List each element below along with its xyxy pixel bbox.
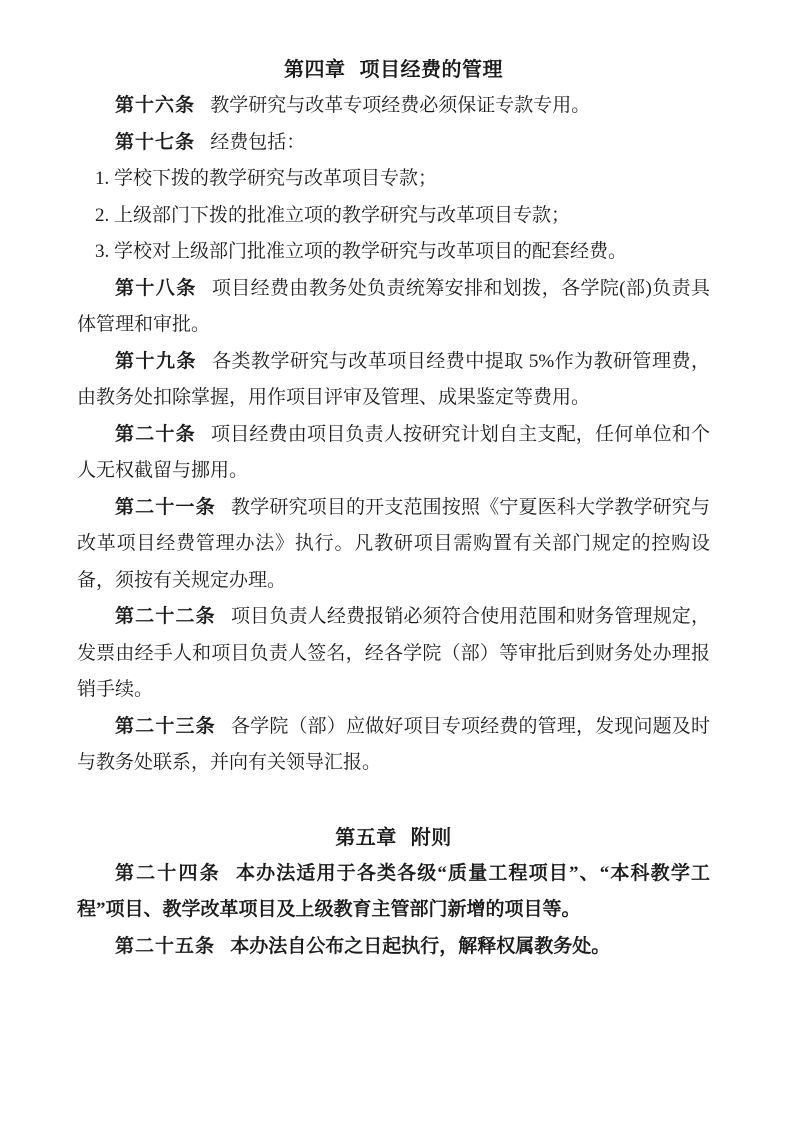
article-23-label: 第二十三条 (115, 716, 216, 737)
chapter-4-heading: 第四章项目经费的管理 (77, 52, 710, 88)
article-21-label: 第二十一条 (115, 497, 216, 518)
chapter-5-heading: 第五章附则 (77, 820, 710, 856)
article-23-paragraph: 第二十三条各学院（部）应做好项目专项经费的管理，发现问题及时与教务处联系，并向有… (77, 709, 710, 782)
article-24-label: 第二十四条 (115, 863, 221, 884)
article-25-label: 第二十五条 (115, 936, 215, 957)
article-16-label: 第十六条 (115, 95, 195, 116)
article-25-paragraph: 第二十五条本办法自公布之日起执行，解释权属教务处。 (77, 929, 710, 966)
article-16-paragraph: 第十六条教学研究与改革专项经费必须保证专款专用。 (77, 88, 710, 125)
article-18-paragraph: 第十八条项目经费由教务处负责统筹安排和划拨，各学院(部)负责具体管理和审批。 (77, 271, 710, 344)
article-22-label: 第二十二条 (115, 606, 216, 627)
chapter-5-title: 附则 (411, 827, 452, 849)
funding-list-item-2: 2. 上级部门下拨的批准立项的教学研究与改革项目专款； (77, 198, 710, 235)
article-19-label: 第十九条 (115, 351, 197, 372)
article-17-text: 经费包括： (210, 132, 305, 153)
article-24-paragraph: 第二十四条本办法适用于各类各级“质量工程项目”、“本科教学工程”项目、教学改革项… (77, 856, 710, 929)
article-17-paragraph: 第十七条经费包括： (77, 125, 710, 162)
article-17-label: 第十七条 (115, 132, 195, 153)
chapter-5-number: 第五章 (335, 827, 397, 849)
chapter-4-title: 项目经费的管理 (360, 59, 504, 81)
funding-list-item-3: 3. 学校对上级部门批准立项的教学研究与改革项目的配套经费。 (77, 234, 710, 271)
article-25-text: 本办法自公布之日起执行，解释权属教务处。 (230, 936, 610, 957)
article-19-paragraph: 第十九条各类教学研究与改革项目经费中提取 5%作为教研管理费，由教务处扣除掌握，… (77, 344, 710, 417)
article-22-paragraph: 第二十二条项目负责人经费报销必须符合使用范围和财务管理规定，发票由经手人和项目负… (77, 599, 710, 709)
article-20-paragraph: 第二十条项目经费由项目负责人按研究计划自主支配，任何单位和个人无权截留与挪用。 (77, 417, 710, 490)
document-page: 第四章项目经费的管理 第十六条教学研究与改革专项经费必须保证专款专用。 第十七条… (0, 0, 793, 1122)
chapter-4-number: 第四章 (284, 59, 346, 81)
funding-list-item-1: 1. 学校下拨的教学研究与改革项目专款； (77, 161, 710, 198)
article-20-label: 第二十条 (115, 424, 196, 445)
article-21-paragraph: 第二十一条教学研究项目的开支范围按照《宁夏医科大学教学研究与改革项目经费管理办法… (77, 490, 710, 600)
article-16-text: 教学研究与改革专项经费必须保证专款专用。 (210, 95, 590, 116)
article-18-label: 第十八条 (115, 278, 197, 299)
